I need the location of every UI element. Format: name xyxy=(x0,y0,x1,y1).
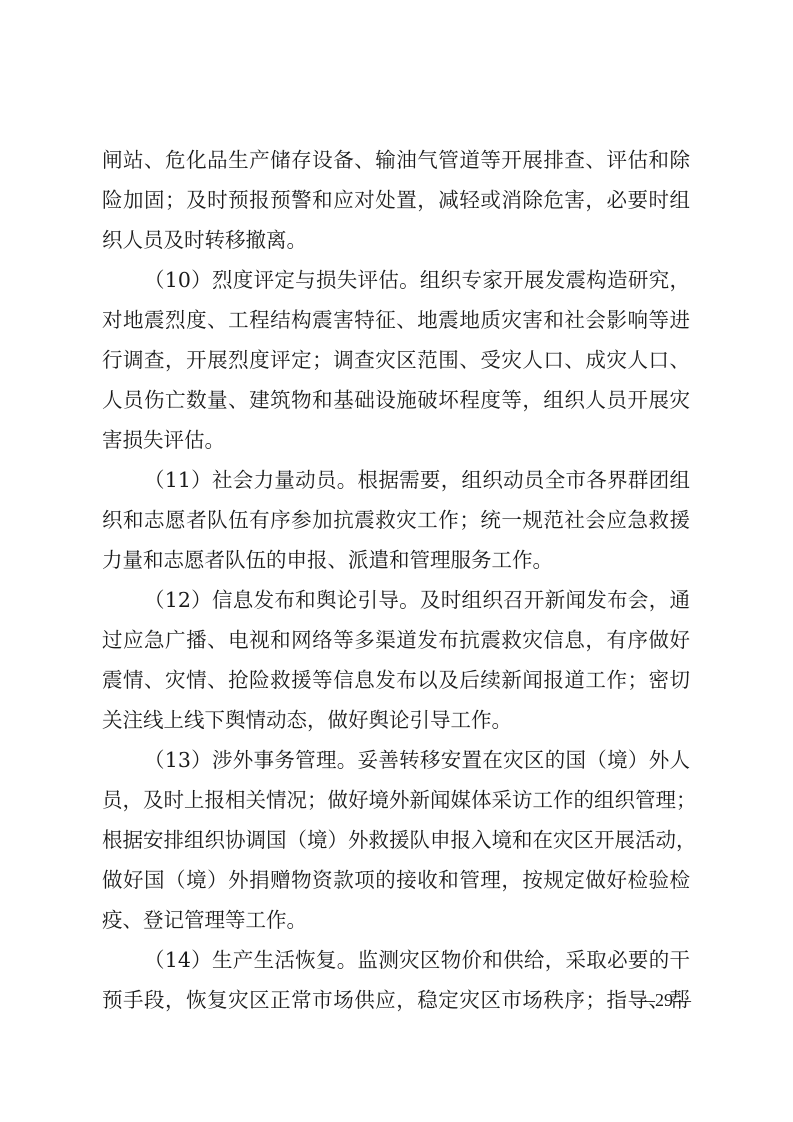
text-line: 织和志愿者队伍有序参加抗震救灾工作；统一规范社会应急救援 xyxy=(102,505,690,545)
document-page: 闸站、危化品生产储存设备、输油气管道等开展排查、评估和除 险加固；及时预报预警和… xyxy=(0,0,793,1122)
paragraph-13-heading-line: （13）涉外事务管理。妥善转移安置在灾区的国（境）外人 xyxy=(102,745,690,785)
body-text: 闸站、危化品生产储存设备、输油气管道等开展排查、评估和除 险加固；及时预报预警和… xyxy=(102,145,690,1025)
paragraph-10-heading-line: （10）烈度评定与损失评估。组织专家开展发震构造研究， xyxy=(102,265,690,305)
text-line: 关注线上线下舆情动态，做好舆论引导工作。 xyxy=(102,705,690,745)
text-line: 震情、灾情、抢险救援等信息发布以及后续新闻报道工作；密切 xyxy=(102,665,690,705)
page-number: —29— xyxy=(628,990,700,1011)
paragraph-14-heading-line: （14）生产生活恢复。监测灾区物价和供给，采取必要的干 xyxy=(102,945,690,985)
text-line: 险加固；及时预报预警和应对处置，减轻或消除危害，必要时组 xyxy=(102,185,690,225)
paragraph-12-heading-line: （12）信息发布和舆论引导。及时组织召开新闻发布会，通 xyxy=(102,585,690,625)
paragraph-11-heading-line: （11）社会力量动员。根据需要，组织动员全市各界群团组 xyxy=(102,465,690,505)
text-line: 害损失评估。 xyxy=(102,425,690,465)
text-line: 对地震烈度、工程结构震害特征、地震地质灾害和社会影响等进 xyxy=(102,305,690,345)
text-line: 过应急广播、电视和网络等多渠道发布抗震救灾信息，有序做好 xyxy=(102,625,690,665)
text-line: 员，及时上报相关情况；做好境外新闻媒体采访工作的组织管理； xyxy=(102,785,690,825)
text-line: 根据安排组织协调国（境）外救援队申报入境和在灾区开展活动， xyxy=(102,825,690,865)
text-line: 织人员及时转移撤离。 xyxy=(102,225,690,265)
text-line: 行调查，开展烈度评定；调查灾区范围、受灾人口、成灾人口、 xyxy=(102,345,690,385)
text-line: 人员伤亡数量、建筑物和基础设施破坏程度等，组织人员开展灾 xyxy=(102,385,690,425)
text-line: 闸站、危化品生产储存设备、输油气管道等开展排查、评估和除 xyxy=(102,145,690,185)
text-line: 疫、登记管理等工作。 xyxy=(102,905,690,945)
text-line: 力量和志愿者队伍的申报、派遣和管理服务工作。 xyxy=(102,545,690,585)
text-line: 做好国（境）外捐赠物资款项的接收和管理，按规定做好检验检 xyxy=(102,865,690,905)
text-line: 预手段，恢复灾区正常市场供应，稳定灾区市场秩序；指导、帮 xyxy=(102,985,690,1025)
